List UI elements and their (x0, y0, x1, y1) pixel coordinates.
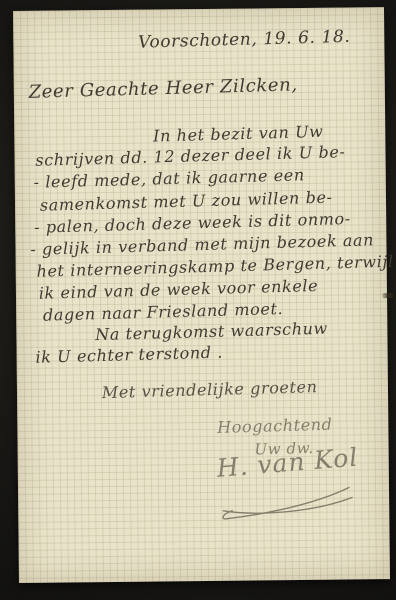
body-line: Na terugkomst waarschuw (95, 319, 328, 344)
closing-greeting: Met vriendelijke groeten (102, 377, 318, 402)
body-line: - leefd mede, dat ik gaarne een (33, 165, 305, 192)
signature-flourish-icon (218, 484, 358, 523)
edge-ink-mark (382, 293, 396, 298)
signature: H. van Kol (216, 443, 360, 483)
photo-background: Voorschoten, 19. 6. 18. Zeer Geachte Hee… (0, 0, 396, 600)
closing-formal: Hoogachtend (217, 415, 333, 437)
body-line: ik U echter terstond . (35, 343, 223, 367)
letter-paper: Voorschoten, 19. 6. 18. Zeer Geachte Hee… (13, 7, 390, 583)
salutation-line: Zeer Geachte Heer Zilcken, (28, 74, 298, 103)
place-date-line: Voorschoten, 19. 6. 18. (138, 27, 351, 53)
body-line: In het bezit van Uw (153, 122, 324, 146)
